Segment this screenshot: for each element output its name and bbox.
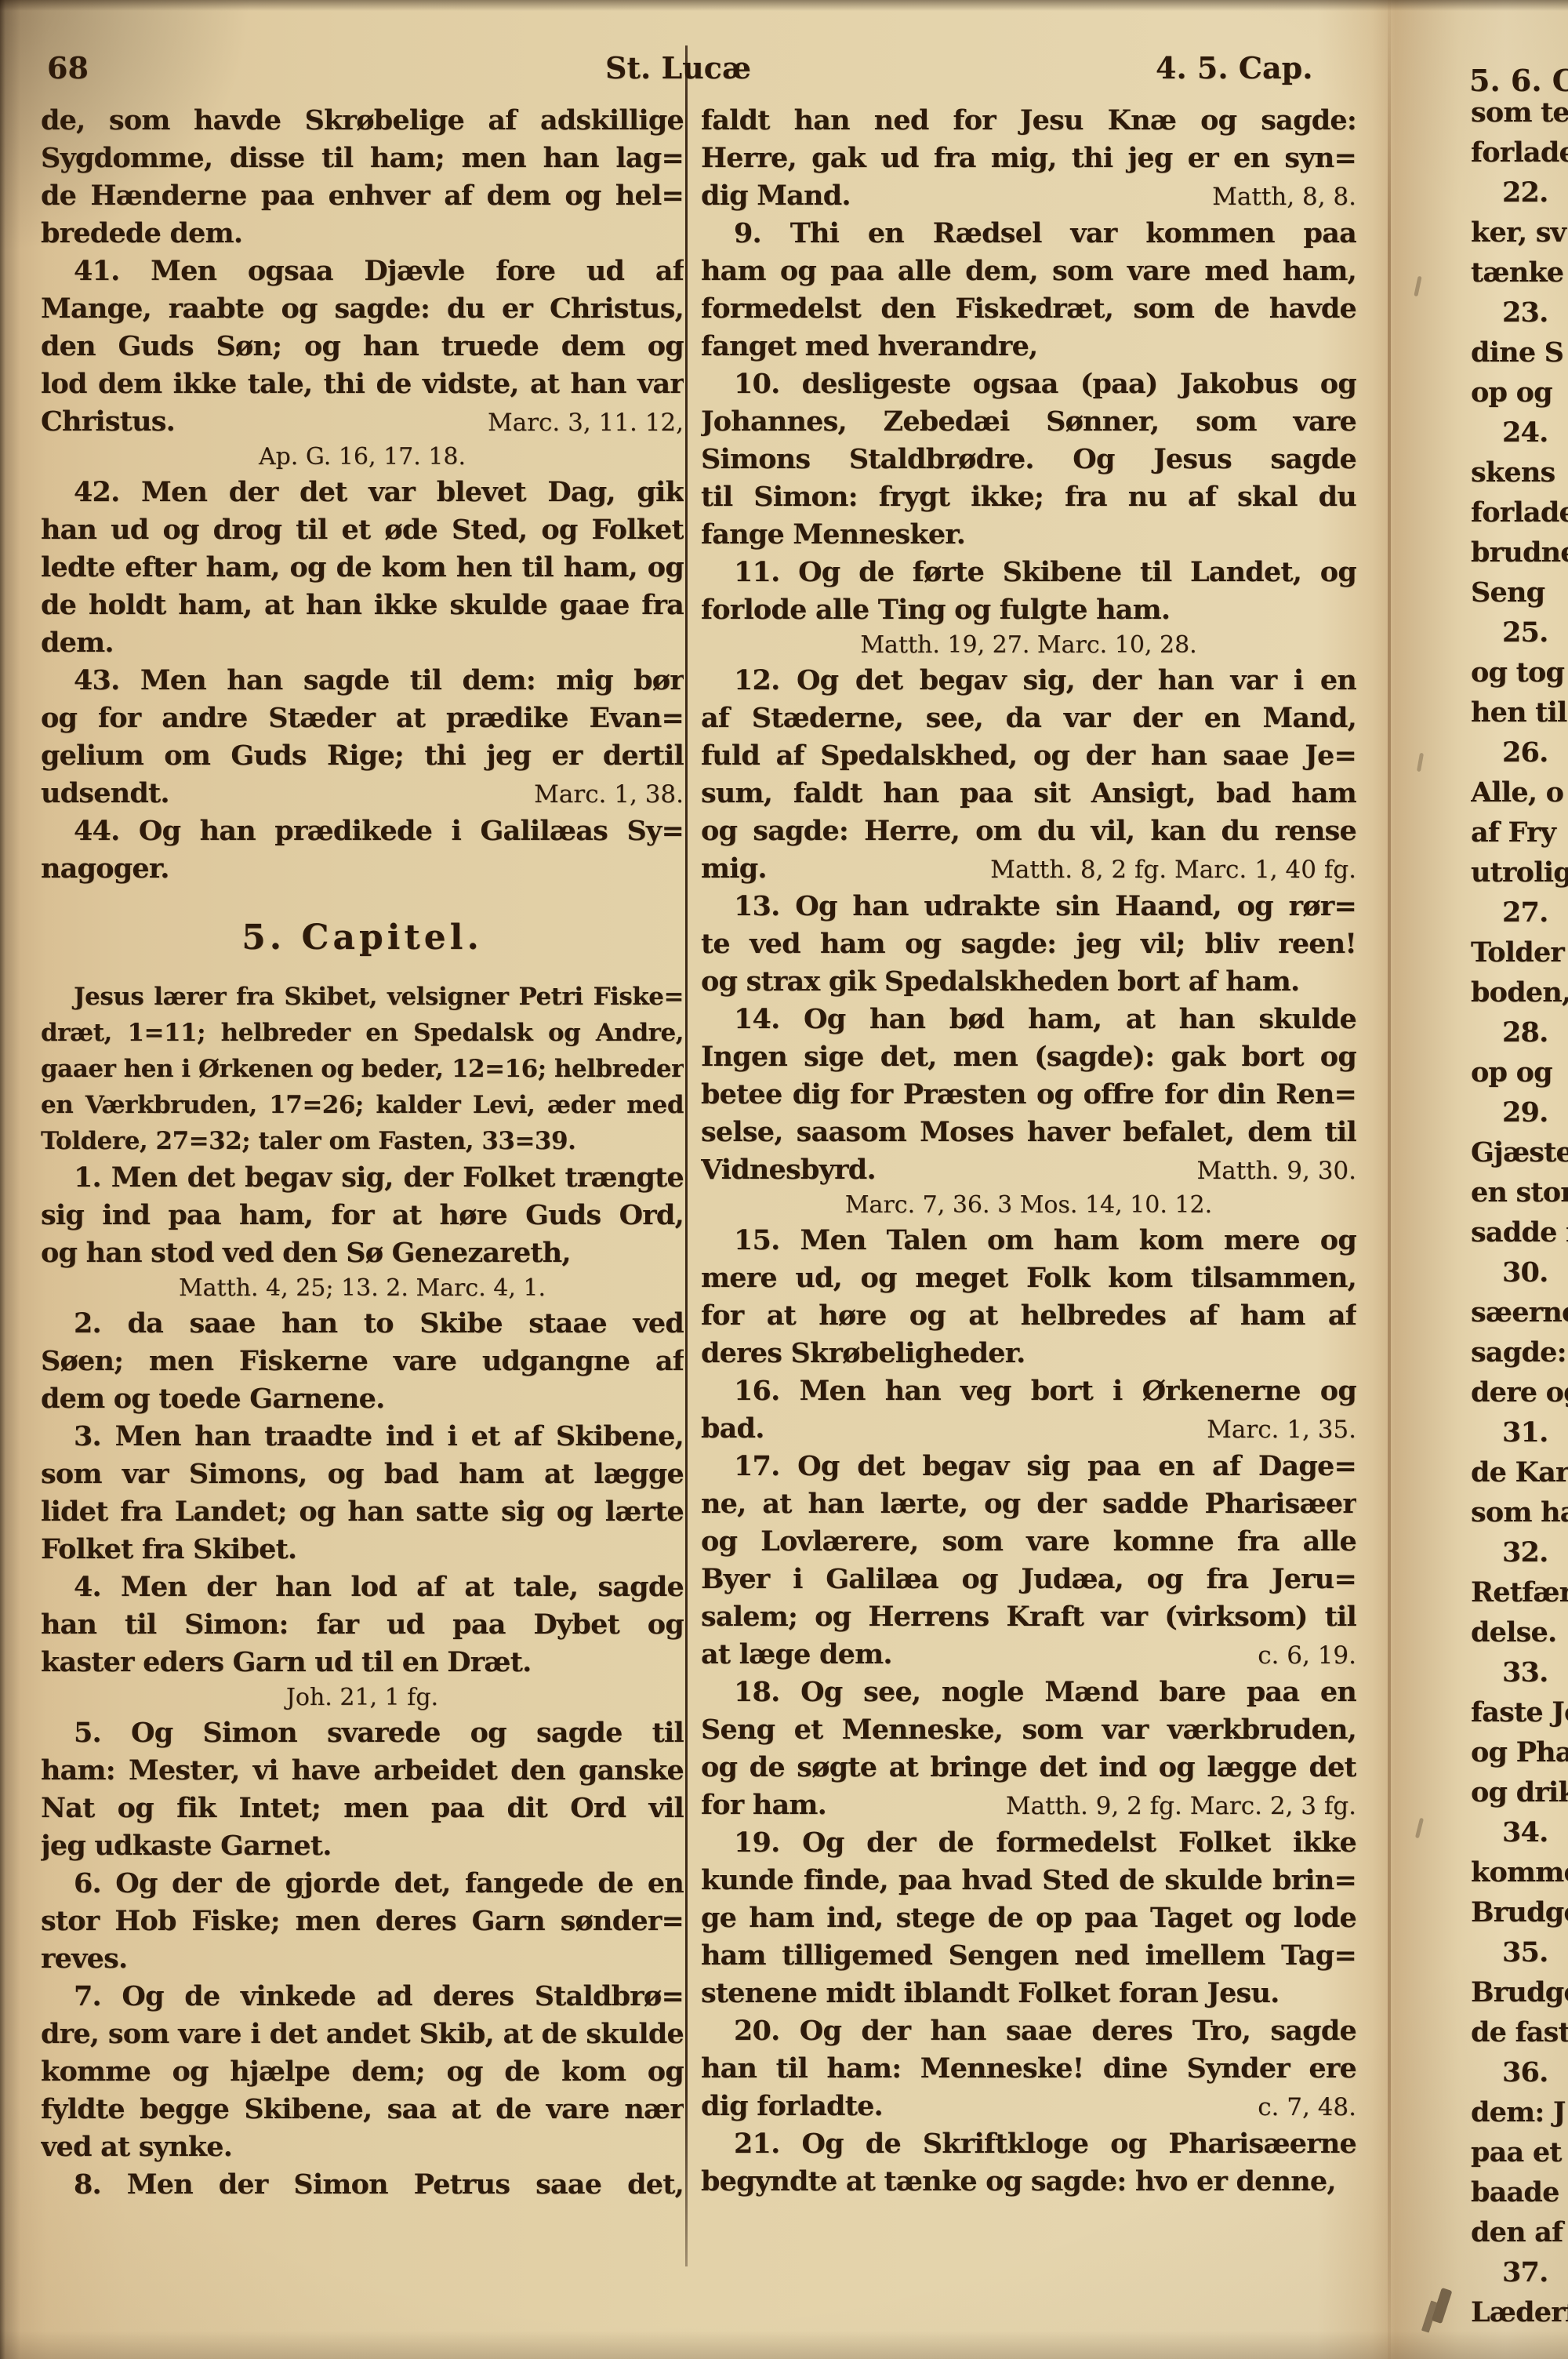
text-line: tænke	[1471, 253, 1568, 293]
text-line: op og	[1471, 1052, 1568, 1092]
text-line: stenene midt iblandt Folket foran Jesu.	[701, 1975, 1356, 2012]
text-line: Gjæsteb	[1471, 1132, 1568, 1172]
text-line: de faste	[1471, 2012, 1568, 2052]
verse-line: 20. Og der han saae deres Tro, sagde	[701, 2012, 1356, 2050]
text-line: fanget med hverandre,	[701, 328, 1356, 365]
reference-line: for ham.Matth. 9, 2 fg. Marc. 2, 3 fg.	[701, 1787, 1356, 1824]
verse-line: 31.	[1471, 1412, 1568, 1452]
text-line: ledte efter ham, og de kom hen til ham, …	[41, 549, 684, 587]
text-line: boden,	[1471, 972, 1568, 1012]
text-line: ved at synke.	[41, 2128, 684, 2166]
text-line: delse.	[1471, 1612, 1568, 1652]
text-line: Søen; men Fiskerne vare udgangne af	[41, 1343, 684, 1380]
reference-citation: Marc. 1, 35.	[1207, 1411, 1356, 1448]
text-line: dem.	[41, 624, 684, 662]
verse-line: 4. Men der han lod af at tale, sagde	[41, 1568, 684, 1606]
text-line: te ved ham og sagde: jeg vil; bliv reen!	[701, 925, 1356, 963]
text-line: kunde finde, paa hvad Sted de skulde bri…	[701, 1862, 1356, 1899]
text-line: komme	[1471, 1852, 1568, 1892]
text-line: Sygdomme, disse til ham; men han lag=	[41, 140, 684, 177]
text-line: gelium om Guds Rige; thi jeg er dertil	[41, 737, 684, 775]
text-line: stor Hob Fiske; men deres Garn sønder=	[41, 1903, 684, 1940]
reference-citation: Marc. 3, 11. 12,	[488, 404, 684, 441]
verse-text: dig forladte.	[701, 2088, 883, 2125]
text-line: ker, sv	[1471, 213, 1568, 253]
text-line: reves.	[41, 1940, 684, 1978]
verse-line: 44. Og han prædikede i Galilæas Sy=	[41, 812, 684, 850]
text-line: sadde n	[1471, 1212, 1568, 1252]
reference-citation: Marc. 1, 38.	[534, 776, 684, 812]
left-text-column: de, som havde Skrøbelige af adskilligeSy…	[41, 102, 684, 2204]
text-line: dem og toede Garnene.	[41, 1380, 684, 1418]
reference-line: Vidnesbyrd.Matth. 9, 30.	[701, 1151, 1356, 1189]
text-line: sum, faldt han paa sit Ansigt, bad ham	[701, 775, 1356, 812]
verse-line: 43. Men han sagde til dem: mig bør	[41, 662, 684, 700]
verse-text: udsendt.	[41, 775, 169, 812]
verse-line: 32.	[1471, 1532, 1568, 1572]
verse-line: 23.	[1471, 293, 1568, 333]
verse-line: 3. Men han traadte ind i et af Skibene,	[41, 1418, 684, 1456]
verse-line: 34.	[1471, 1812, 1568, 1852]
text-line: Nat og fik Intet; men paa dit Ord vil	[41, 1790, 684, 1827]
verse-line: 7. Og de vinkede ad deres Staldbrø=	[41, 1978, 684, 2016]
verse-line: 26.	[1471, 732, 1568, 772]
text-line: hen til	[1471, 692, 1568, 732]
verse-text: dig Mand.	[701, 177, 851, 215]
text-line: sæerne	[1471, 1292, 1568, 1332]
text-line: lod dem ikke tale, thi de vidste, at han…	[41, 365, 684, 403]
verse-line: 10. desligeste ogsaa (paa) Jakobus og	[701, 365, 1356, 403]
text-line: de Hænderne paa enhver af dem og hel=	[41, 177, 684, 215]
reference-citation: c. 6, 19.	[1258, 1637, 1356, 1674]
verse-text: at læge dem.	[701, 1636, 892, 1674]
text-line: ge ham ind, stege de op paa Taget og lod…	[701, 1899, 1356, 1937]
text-line: en stor	[1471, 1172, 1568, 1212]
verse-line: 42. Men der det var blevet Dag, gik	[41, 474, 684, 511]
verse-line: 1. Men det begav sig, der Folket trængte	[41, 1159, 684, 1197]
text-line: jeg udkaste Garnet.	[41, 1827, 684, 1865]
verse-text: for ham.	[701, 1787, 826, 1824]
text-line: som var Simons, og bad ham at lægge	[41, 1456, 684, 1493]
verse-text: bad.	[701, 1410, 764, 1448]
text-line: og drikk	[1471, 1772, 1568, 1812]
cross-reference-line: Ap. G. 16, 17. 18.	[41, 441, 684, 474]
text-line: og strax gik Spedalskheden bort af ham.	[701, 963, 1356, 1001]
text-line: Retfærd	[1471, 1572, 1568, 1612]
text-line: komme og hjælpe dem; og de kom og	[41, 2053, 684, 2091]
verse-line: 30.	[1471, 1252, 1568, 1292]
text-line: faldt han ned for Jesu Knæ og sagde:	[701, 102, 1356, 140]
text-line: Herre, gak ud fra mig, thi jeg er en syn…	[701, 140, 1356, 177]
text-line: han til ham: Menneske! dine Synder ere	[701, 2050, 1356, 2088]
text-line: betee dig for Præsten og offre for din R…	[701, 1076, 1356, 1114]
reference-line: Christus.Marc. 3, 11. 12,	[41, 403, 684, 441]
reference-line: dig forladte.c. 7, 48.	[701, 2088, 1356, 2125]
text-line: Johannes, Zebedæi Sønner, som vare	[701, 403, 1356, 441]
verse-text: Vidnesbyrd.	[701, 1151, 876, 1189]
verse-line: 12. Og det begav sig, der han var i en	[701, 662, 1356, 700]
verse-line: 14. Og han bød ham, at han skulde	[701, 1001, 1356, 1038]
verse-line: 33.	[1471, 1652, 1568, 1692]
verse-line: 25.	[1471, 612, 1568, 652]
text-line: Folket fra Skibet.	[41, 1531, 684, 1568]
text-line: de Kar	[1471, 1452, 1568, 1492]
verse-line: 27.	[1471, 892, 1568, 932]
text-line: Ingen sige det, men (sagde): gak bort og	[701, 1038, 1356, 1076]
text-line: fange Mennesker.	[701, 516, 1356, 554]
text-line: Tolder	[1471, 932, 1568, 972]
text-line: begyndte at tænke og sagde: hvo er denne…	[701, 2163, 1356, 2201]
verse-line: 16. Men han veg bort i Ørkenerne og	[701, 1372, 1356, 1410]
verse-line: 29.	[1471, 1092, 1568, 1132]
text-line: sagde:	[1471, 1332, 1568, 1372]
text-line: Brudgo	[1471, 1892, 1568, 1932]
next-page-text-column: som teforlade22.ker, svtænke23.dine Sop …	[1471, 93, 1568, 2332]
text-line: den af d	[1471, 2212, 1568, 2252]
text-line: baade d	[1471, 2172, 1568, 2212]
text-line: forlode alle Ting og fulgte ham.	[701, 591, 1356, 629]
text-line: ham og paa alle dem, som vare med ham,	[701, 253, 1356, 290]
text-line: som ha	[1471, 1492, 1568, 1532]
verse-line: 17. Og det begav sig paa en af Dage=	[701, 1448, 1356, 1485]
text-line: sig ind paa ham, for at høre Guds Ord,	[41, 1197, 684, 1234]
text-line: mere ud, og meget Folk kom tilsammen,	[701, 1259, 1356, 1297]
reference-citation: Matth. 9, 2 fg. Marc. 2, 3 fg.	[1006, 1787, 1356, 1824]
text-line: af Fry	[1471, 812, 1568, 852]
text-line: utrolig	[1471, 852, 1568, 892]
text-line: deres Skrøbeligheder.	[701, 1335, 1356, 1372]
cross-reference-line: Matth. 4, 25; 13. 2. Marc. 4, 1.	[41, 1272, 684, 1305]
text-line: de holdt ham, at han ikke skulde gaae fr…	[41, 587, 684, 624]
text-line: salem; og Herrens Kraft var (virksom) ti…	[701, 1598, 1356, 1636]
text-line: selse, saasom Moses haver befalet, dem t…	[701, 1114, 1356, 1151]
verse-line: 41. Men ogsaa Djævle fore ud af	[41, 253, 684, 290]
text-line: og sagde: Herre, om du vil, kan du rense	[701, 812, 1356, 850]
text-line: Seng	[1471, 572, 1568, 612]
text-line: formedelst den Fiskedræt, som de havde	[701, 290, 1356, 328]
verse-line: 11. Og de førte Skibene til Landet, og	[701, 554, 1356, 591]
text-line: Mange, raabte og sagde: du er Christus,	[41, 290, 684, 328]
verse-line: 37.	[1471, 2252, 1568, 2292]
verse-line: 13. Og han udrakte sin Haand, og rør=	[701, 888, 1356, 925]
cross-reference-line: Joh. 21, 1 fg.	[41, 1681, 684, 1714]
reference-citation: Matth. 8, 2 fg. Marc. 1, 40 fg.	[990, 851, 1356, 888]
chapter-header: 4. 5. Cap.	[1156, 50, 1312, 85]
reference-line: udsendt.Marc. 1, 38.	[41, 775, 684, 812]
verse-line: 6. Og der de gjorde det, fangede de en	[41, 1865, 684, 1903]
verse-line: 21. Og de Skriftkloge og Pharisæerne	[701, 2125, 1356, 2163]
text-line: de, som havde Skrøbelige af adskillige	[41, 102, 684, 140]
verse-line: 5. Og Simon svarede og sagde til	[41, 1714, 684, 1752]
verse-line: 2. da saae han to Skibe staae ved	[41, 1305, 684, 1343]
text-line: Simons Staldbrødre. Og Jesus sagde	[701, 441, 1356, 478]
verse-line: 36.	[1471, 2052, 1568, 2092]
text-line: dine S	[1471, 333, 1568, 373]
verse-line: 28.	[1471, 1012, 1568, 1052]
verse-text: mig.	[701, 850, 767, 888]
text-line: faste Jo	[1471, 1692, 1568, 1732]
text-line: og tog	[1471, 652, 1568, 692]
verse-line: 24.	[1471, 413, 1568, 453]
text-line: op og	[1471, 373, 1568, 413]
text-line: og han stod ved den Sø Genezareth,	[41, 1234, 684, 1272]
text-line: han ud og drog til et øde Sted, og Folke…	[41, 511, 684, 549]
summary-line: dræt, 1=11; helbreder en Spedalsk og And…	[41, 1015, 684, 1051]
text-line: ham: Mester, vi have arbeidet den ganske	[41, 1752, 684, 1790]
text-line: for at høre og at helbredes af ham af	[701, 1297, 1356, 1335]
column-divider-rule	[685, 45, 688, 2266]
text-line: ne, at han lærte, og der sadde Pharisæer	[701, 1485, 1356, 1523]
summary-line: Toldere, 27=32; taler om Fasten, 33=39.	[41, 1123, 684, 1159]
right-text-column: faldt han ned for Jesu Knæ og sagde:Herr…	[701, 102, 1356, 2201]
text-line: dere og	[1471, 1372, 1568, 1412]
reference-line: mig.Matth. 8, 2 fg. Marc. 1, 40 fg.	[701, 850, 1356, 888]
page-title: St. Lucæ	[0, 50, 1356, 85]
book-page-scan: { "page": { "number": "68", "title": "St…	[0, 0, 1568, 2359]
text-line: skens	[1471, 453, 1568, 493]
text-line: forlade	[1471, 133, 1568, 173]
reference-citation: c. 7, 48.	[1258, 2088, 1356, 2125]
text-line: fyldte begge Skibene, saa at de vare nær	[41, 2091, 684, 2128]
text-line: Læderfla	[1471, 2292, 1568, 2332]
text-line: af Stæderne, see, da var der en Mand,	[701, 700, 1356, 737]
text-line: paa et	[1471, 2132, 1568, 2172]
text-line: fuld af Spedalskhed, og der han saae Je=	[701, 737, 1356, 775]
summary-line: gaaer hen i Ørkenen og beder, 12=16; hel…	[41, 1051, 684, 1087]
chapter-heading: 5. Capitel.	[41, 918, 684, 958]
text-line: lidet fra Landet; og han satte sig og læ…	[41, 1493, 684, 1531]
text-line: og de søgte at bringe det ind og lægge d…	[701, 1749, 1356, 1787]
text-line: som te	[1471, 93, 1568, 133]
reference-line: dig Mand.Matth, 8, 8.	[701, 177, 1356, 215]
cross-reference-line: Matth. 19, 27. Marc. 10, 28.	[701, 629, 1356, 662]
reference-line: at læge dem.c. 6, 19.	[701, 1636, 1356, 1674]
page-fold-crease	[1388, 0, 1391, 2359]
text-line: dre, som vare i det andet Skib, at de sk…	[41, 2016, 684, 2053]
text-line: han til Simon: far ud paa Dybet og	[41, 1606, 684, 1644]
text-line: og Pha	[1471, 1732, 1568, 1772]
reference-line: bad.Marc. 1, 35.	[701, 1410, 1356, 1448]
text-line: Brudgo	[1471, 1972, 1568, 2012]
verse-line: 19. Og der de formedelst Folket ikke	[701, 1824, 1356, 1862]
summary-line: en Værkbruden, 17=26; kalder Levi, æder …	[41, 1087, 684, 1123]
reference-citation: Matth. 9, 30.	[1196, 1152, 1356, 1189]
verse-line: 18. Og see, nogle Mænd bare paa en	[701, 1674, 1356, 1711]
verse-line: 35.	[1471, 1932, 1568, 1972]
text-line: Byer i Galilæa og Judæa, og fra Jeru=	[701, 1561, 1356, 1598]
text-line: den Guds Søn; og han truede dem og	[41, 328, 684, 365]
verse-line: 9. Thi en Rædsel var kommen paa	[701, 215, 1356, 253]
text-line: forlade	[1471, 493, 1568, 533]
text-line: og for andre Stæder at prædike Evan=	[41, 700, 684, 737]
text-line: Alle, o	[1471, 772, 1568, 812]
text-line: kaster eders Garn ud til en Dræt.	[41, 1644, 684, 1681]
text-line: brudne	[1471, 533, 1568, 572]
verse-text: Christus.	[41, 403, 175, 441]
verse-line: 8. Men der Simon Petrus saae det,	[41, 2166, 684, 2204]
cross-reference-line: Marc. 7, 36. 3 Mos. 14, 10. 12.	[701, 1189, 1356, 1222]
text-line: og Lovlærere, som vare komne fra alle	[701, 1523, 1356, 1561]
text-line: nagoger.	[41, 850, 684, 888]
verse-line: 15. Men Talen om ham kom mere og	[701, 1222, 1356, 1259]
summary-line: Jesus lærer fra Skibet, velsigner Petri …	[41, 979, 684, 1015]
text-line: bredede dem.	[41, 215, 684, 253]
text-line: dem: J	[1471, 2092, 1568, 2132]
verse-line: 22.	[1471, 173, 1568, 213]
reference-citation: Matth, 8, 8.	[1212, 178, 1356, 215]
text-line: Seng et Menneske, som var værkbruden,	[701, 1711, 1356, 1749]
text-line: til Simon: frygt ikke; fra nu af skal du	[701, 478, 1356, 516]
text-line: ham tilligemed Sengen ned imellem Tag=	[701, 1937, 1356, 1975]
